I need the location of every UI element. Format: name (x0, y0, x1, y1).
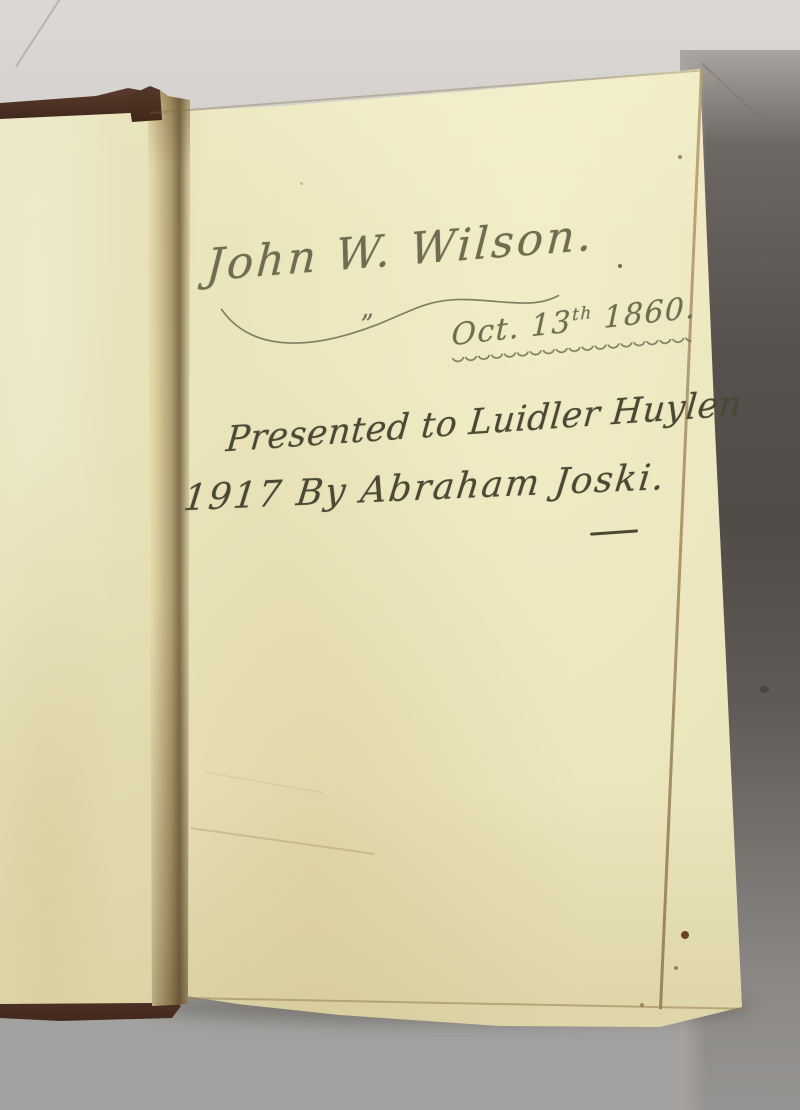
backdrop-dark-spot (760, 686, 769, 693)
backdrop-crease-line (15, 0, 64, 67)
date-ordinal: th (572, 303, 593, 326)
foxing-spot (640, 1003, 644, 1007)
foxing-spot (674, 966, 678, 970)
foxing-spot (678, 155, 682, 159)
foxing-spot (300, 182, 303, 185)
flyleaf-page (146, 62, 746, 1037)
book-photograph: John W. Wilson. „ Oct. 13th 1860. Presen… (0, 0, 800, 1110)
ink-dot (618, 264, 622, 268)
foxing-spot (681, 931, 689, 939)
pastedown-page (0, 110, 162, 1006)
